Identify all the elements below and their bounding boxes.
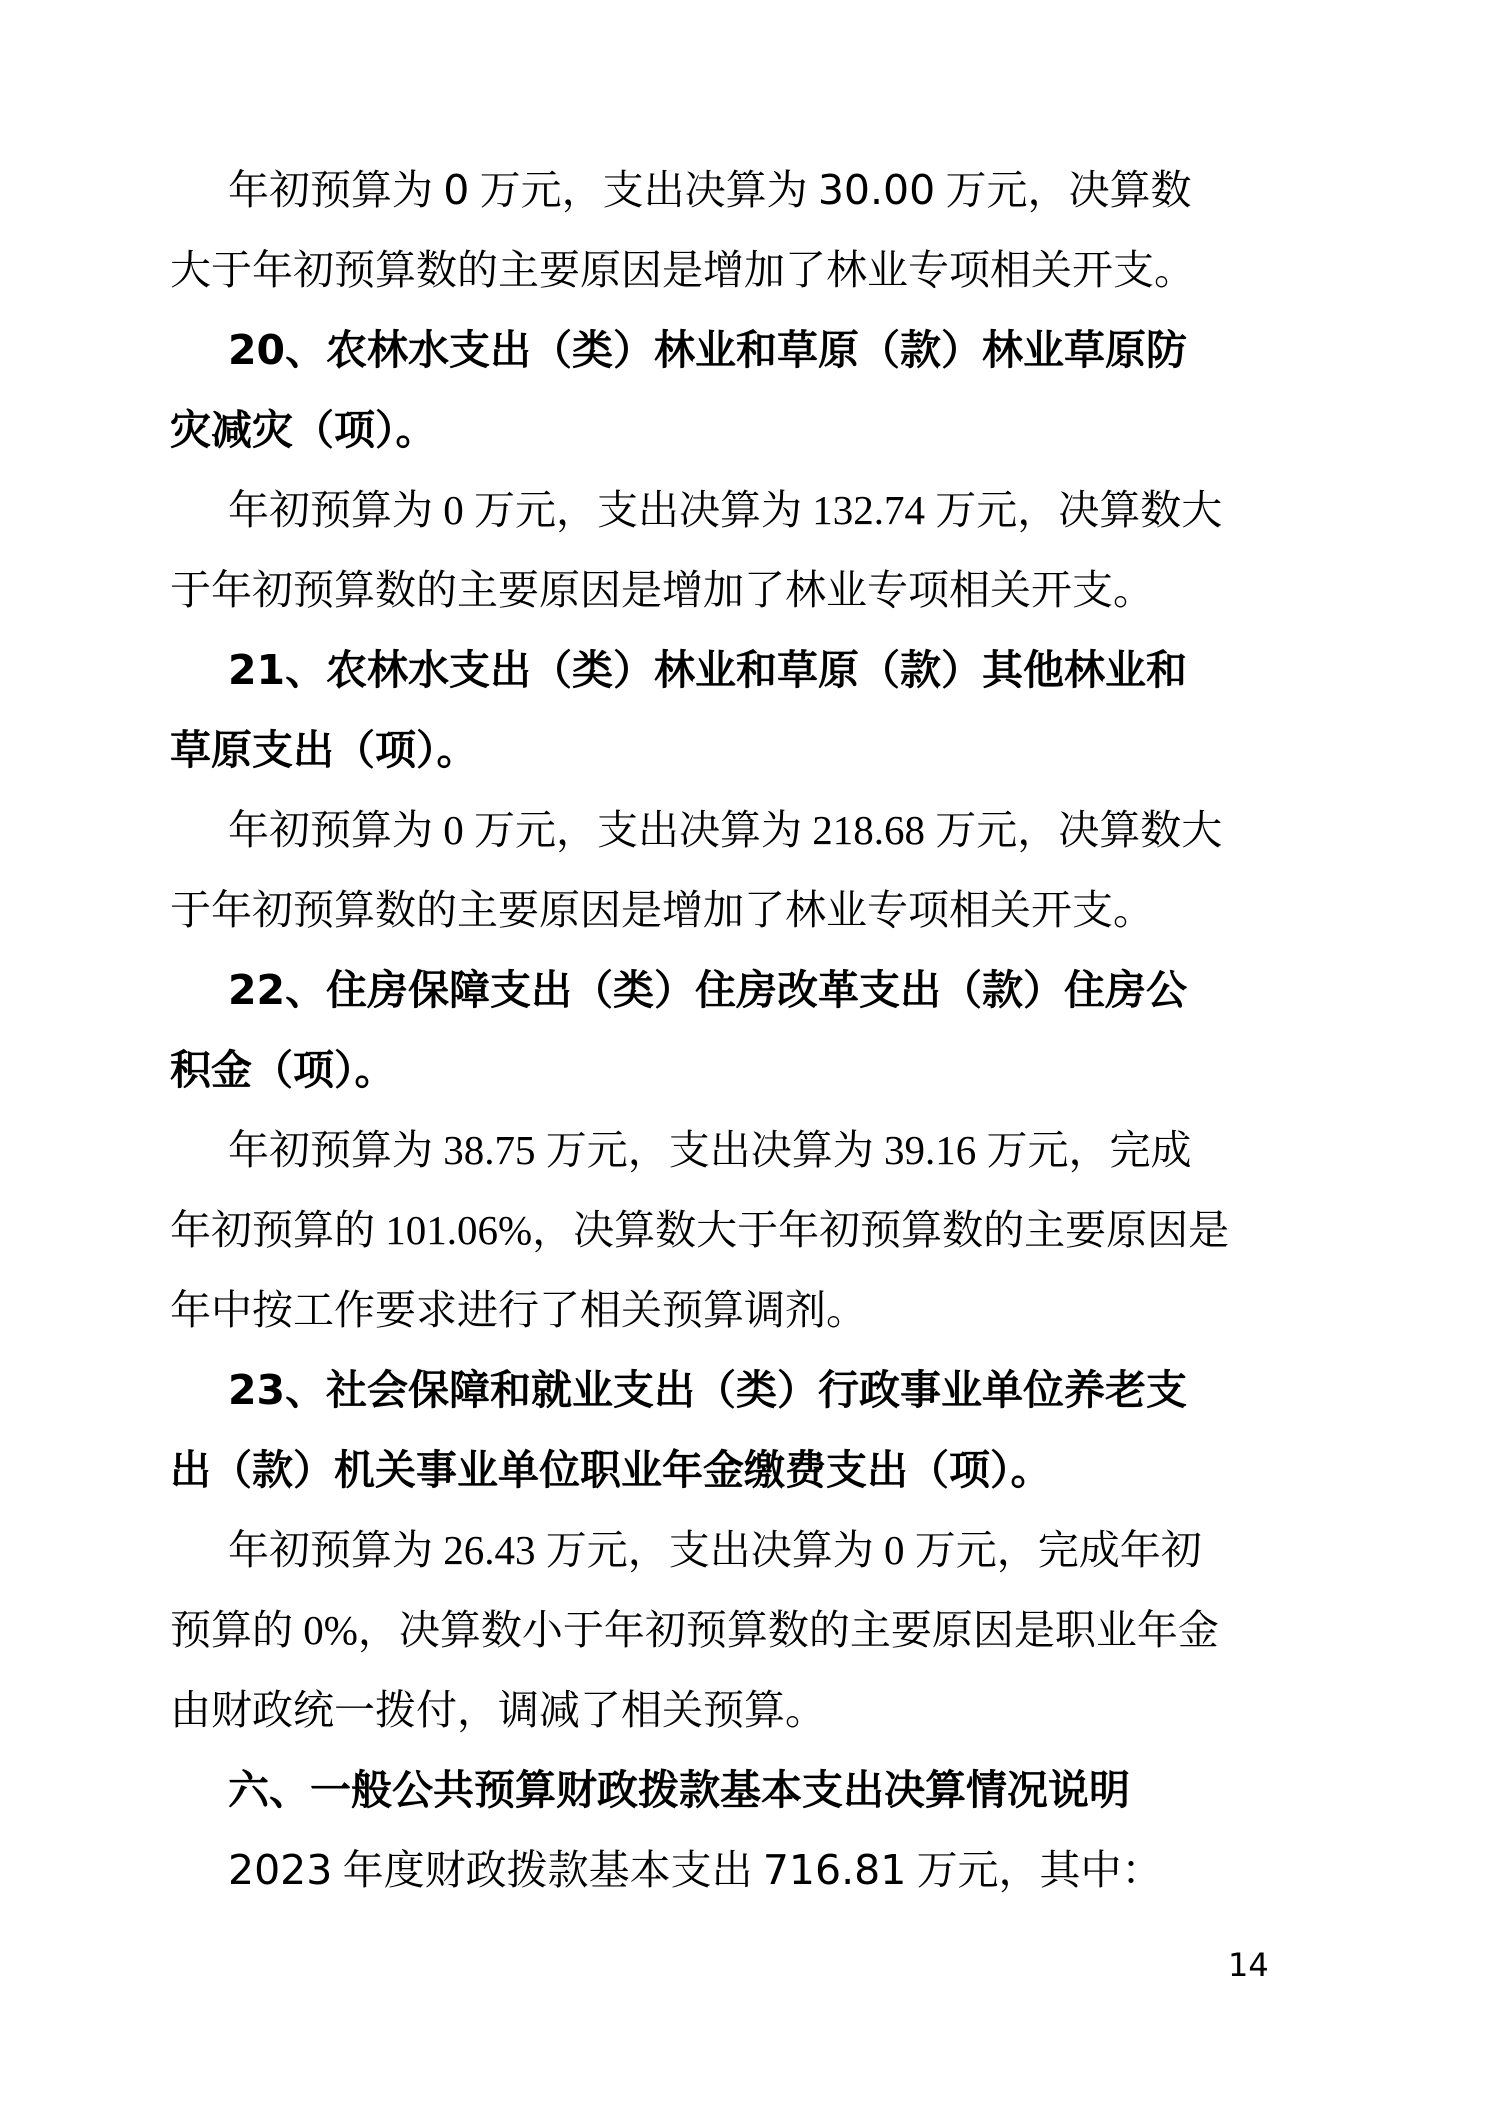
section-heading: 20、农林水支出（类）林业和草原（款）林业草原防灾减灾（项）。 <box>170 310 1320 470</box>
text-run: 万元，其中： <box>906 1847 1162 1893</box>
text-line: 2023 年度财政拨款基本支出 716.81 万元，其中： <box>170 1830 1320 1910</box>
text-run: 于年初预算数的主要原因是增加了林业专项相关开支。 <box>170 887 1154 933</box>
section-heading: 23、社会保障和就业支出（类）行政事业单位养老支出（款）机关事业单位职业年金缴费… <box>170 1350 1320 1510</box>
text-line: 年初预算为 0 万元，支出决算为 218.68 万元，决算数大 <box>170 790 1320 870</box>
text-line: 年初预算为 26.43 万元，支出决算为 0 万元，完成年初 <box>170 1510 1320 1590</box>
text-run: 大于年初预算数的主要原因是增加了林业专项相关开支。 <box>170 247 1195 293</box>
section-heading: 22、住房保障支出（类）住房改革支出（款）住房公积金（项）。 <box>170 950 1320 1110</box>
text-run: 年中按工作要求进行了相关预算调剂。 <box>170 1287 867 1333</box>
text-run: 、农林水支出（类）林业和草原（款）林业草原防 <box>285 327 1187 373</box>
text-run: 0 <box>443 166 469 214</box>
text-line: 于年初预算数的主要原因是增加了林业专项相关开支。 <box>170 550 1320 630</box>
document-page: 年初预算为 0 万元，支出决算为 30.00 万元，决算数大于年初预算数的主要原… <box>0 0 1488 2104</box>
text-line: 六、一般公共预算财政拨款基本支出决算情况说明 <box>170 1750 1320 1830</box>
text-line: 23、社会保障和就业支出（类）行政事业单位养老支 <box>170 1350 1320 1430</box>
chapter-heading: 六、一般公共预算财政拨款基本支出决算情况说明 <box>170 1750 1320 1830</box>
text-line: 年初预算为 0 万元，支出决算为 30.00 万元，决算数 <box>170 150 1320 230</box>
text-run: 出（款）机关事业单位职业年金缴费支出（项）。 <box>170 1447 1052 1493</box>
text-run: 20 <box>228 326 285 374</box>
text-run: 预算的 0%，决算数小于年初预算数的主要原因是职业年金 <box>170 1607 1219 1653</box>
text-run: 年度财政拨款基本支出 <box>332 1847 763 1893</box>
text-run: 草原支出（项）。 <box>170 727 478 773</box>
text-line: 年初预算为 0 万元，支出决算为 132.74 万元，决算数大 <box>170 470 1320 550</box>
text-line: 年初预算的 101.06%，决算数大于年初预算数的主要原因是 <box>170 1190 1320 1270</box>
text-run: 23 <box>228 1366 285 1414</box>
text-line: 于年初预算数的主要原因是增加了林业专项相关开支。 <box>170 870 1320 950</box>
text-run: 万元，决算数 <box>935 167 1191 213</box>
text-line: 年初预算为 38.75 万元，支出决算为 39.16 万元，完成 <box>170 1110 1320 1190</box>
text-line: 灾减灾（项）。 <box>170 390 1320 470</box>
text-run: 灾减灾（项）。 <box>170 407 437 453</box>
text-line: 出（款）机关事业单位职业年金缴费支出（项）。 <box>170 1430 1320 1510</box>
text-run: 年初预算为 0 万元，支出决算为 218.68 万元，决算数大 <box>228 807 1222 853</box>
text-run: 年初预算的 101.06%，决算数大于年初预算数的主要原因是 <box>170 1207 1229 1253</box>
text-run: 年初预算为 38.75 万元，支出决算为 39.16 万元，完成 <box>228 1127 1192 1173</box>
text-run: 六、一般公共预算财政拨款基本支出决算情况说明 <box>228 1767 1130 1813</box>
text-run: 、社会保障和就业支出（类）行政事业单位养老支 <box>285 1367 1187 1413</box>
section-heading: 21、农林水支出（类）林业和草原（款）其他林业和草原支出（项）。 <box>170 630 1320 790</box>
text-run: 716.81 <box>763 1846 906 1894</box>
paragraph: 年初预算为 0 万元，支出决算为 30.00 万元，决算数大于年初预算数的主要原… <box>170 150 1320 310</box>
text-line: 草原支出（项）。 <box>170 710 1320 790</box>
text-run: 积金（项）。 <box>170 1047 396 1093</box>
document-body: 年初预算为 0 万元，支出决算为 30.00 万元，决算数大于年初预算数的主要原… <box>170 150 1320 1910</box>
text-run: 年初预算为 26.43 万元，支出决算为 0 万元，完成年初 <box>228 1527 1202 1573</box>
text-line: 由财政统一拨付，调减了相关预算。 <box>170 1670 1320 1750</box>
text-run: 年初预算为 <box>228 167 443 213</box>
paragraph: 2023 年度财政拨款基本支出 716.81 万元，其中： <box>170 1830 1320 1910</box>
paragraph: 年初预算为 0 万元，支出决算为 218.68 万元，决算数大于年初预算数的主要… <box>170 790 1320 950</box>
text-run: 、住房保障支出（类）住房改革支出（款）住房公 <box>285 967 1187 1013</box>
text-run: 2023 <box>228 1846 332 1894</box>
paragraph: 年初预算为 38.75 万元，支出决算为 39.16 万元，完成年初预算的 10… <box>170 1110 1320 1350</box>
paragraph: 年初预算为 0 万元，支出决算为 132.74 万元，决算数大于年初预算数的主要… <box>170 470 1320 630</box>
page-number: 14 <box>1228 1945 1269 1985</box>
text-run: 21 <box>228 646 285 694</box>
text-run: 由财政统一拨付，调减了相关预算。 <box>170 1687 826 1733</box>
text-run: 于年初预算数的主要原因是增加了林业专项相关开支。 <box>170 567 1154 613</box>
text-line: 20、农林水支出（类）林业和草原（款）林业草原防 <box>170 310 1320 390</box>
text-line: 大于年初预算数的主要原因是增加了林业专项相关开支。 <box>170 230 1320 310</box>
text-run: 年初预算为 0 万元，支出决算为 132.74 万元，决算数大 <box>228 487 1222 533</box>
paragraph: 年初预算为 26.43 万元，支出决算为 0 万元，完成年初预算的 0%，决算数… <box>170 1510 1320 1750</box>
text-line: 22、住房保障支出（类）住房改革支出（款）住房公 <box>170 950 1320 1030</box>
text-line: 21、农林水支出（类）林业和草原（款）其他林业和 <box>170 630 1320 710</box>
text-run: 万元，支出决算为 <box>469 167 818 213</box>
text-run: 22 <box>228 966 285 1014</box>
text-line: 积金（项）。 <box>170 1030 1320 1110</box>
text-line: 年中按工作要求进行了相关预算调剂。 <box>170 1270 1320 1350</box>
text-run: 30.00 <box>818 166 935 214</box>
text-run: 、农林水支出（类）林业和草原（款）其他林业和 <box>285 647 1187 693</box>
text-line: 预算的 0%，决算数小于年初预算数的主要原因是职业年金 <box>170 1590 1320 1670</box>
